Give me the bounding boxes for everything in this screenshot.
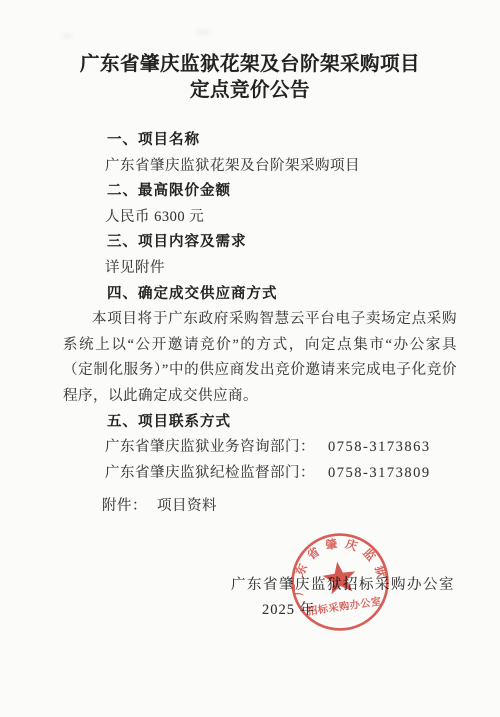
section-4-heading: 四、确定成交供应商方式	[63, 282, 457, 308]
document-body: 一、项目名称 广东省肇庆监狱花架及台阶架采购项目 二、最高限价金额 人民币 63…	[63, 128, 457, 486]
section-2-content: 人民币 6300 元	[63, 205, 457, 231]
contact-label: 广东省肇庆监狱业务咨询部门：	[105, 439, 315, 455]
seal-office-text: 招标采购办公室	[305, 595, 382, 618]
attachment-label: 附件：	[102, 498, 147, 514]
contact-row-business: 广东省肇庆监狱业务咨询部门：0758-3173863	[63, 435, 457, 461]
attachment-value: 项目资料	[157, 498, 217, 514]
document-title: 广东省肇庆监狱花架及台阶架采购项目 定点竞价公告	[0, 52, 500, 104]
contact-phone: 0758-3173809	[328, 465, 431, 481]
contact-phone: 0758-3173863	[328, 439, 431, 455]
contact-label: 广东省肇庆监狱纪检监督部门：	[105, 465, 315, 481]
scan-smudge	[196, 30, 210, 35]
section-3-content: 详见附件	[63, 256, 457, 282]
svg-text:· · · · · · · · · · · ·: · · · · · · · · · · · ·	[321, 607, 368, 625]
section-1-content: 广东省肇庆监狱花架及台阶架采购项目	[63, 154, 457, 180]
seal-serial-marks: · · · · · · · · · · · ·	[321, 607, 368, 625]
section-3-heading: 三、项目内容及需求	[63, 230, 457, 256]
issue-date: 2025 年	[262, 598, 315, 619]
scanned-announcement-page: 广东省肇庆监狱花架及台阶架采购项目 定点竞价公告 一、项目名称 广东省肇庆监狱花…	[0, 0, 500, 717]
title-line-2: 定点竞价公告	[0, 78, 500, 104]
title-line-1: 广东省肇庆监狱花架及台阶架采购项目	[0, 52, 500, 78]
section-5-heading: 五、项目联系方式	[63, 410, 457, 436]
attachment-line: 附件：项目资料	[102, 494, 217, 515]
scan-smudge	[62, 34, 72, 38]
issuing-office-signature: 广东省肇庆监狱招标采购办公室	[231, 573, 455, 594]
section-1-heading: 一、项目名称	[63, 128, 457, 154]
contact-row-discipline: 广东省肇庆监狱纪检监督部门：0758-3173809	[63, 461, 457, 487]
section-4-paragraph: 本项目将于广东政府采购智慧云平台电子卖场定点采购系统上以“公开邀请竞价”的方式，…	[63, 307, 457, 409]
section-2-heading: 二、最高限价金额	[63, 179, 457, 205]
